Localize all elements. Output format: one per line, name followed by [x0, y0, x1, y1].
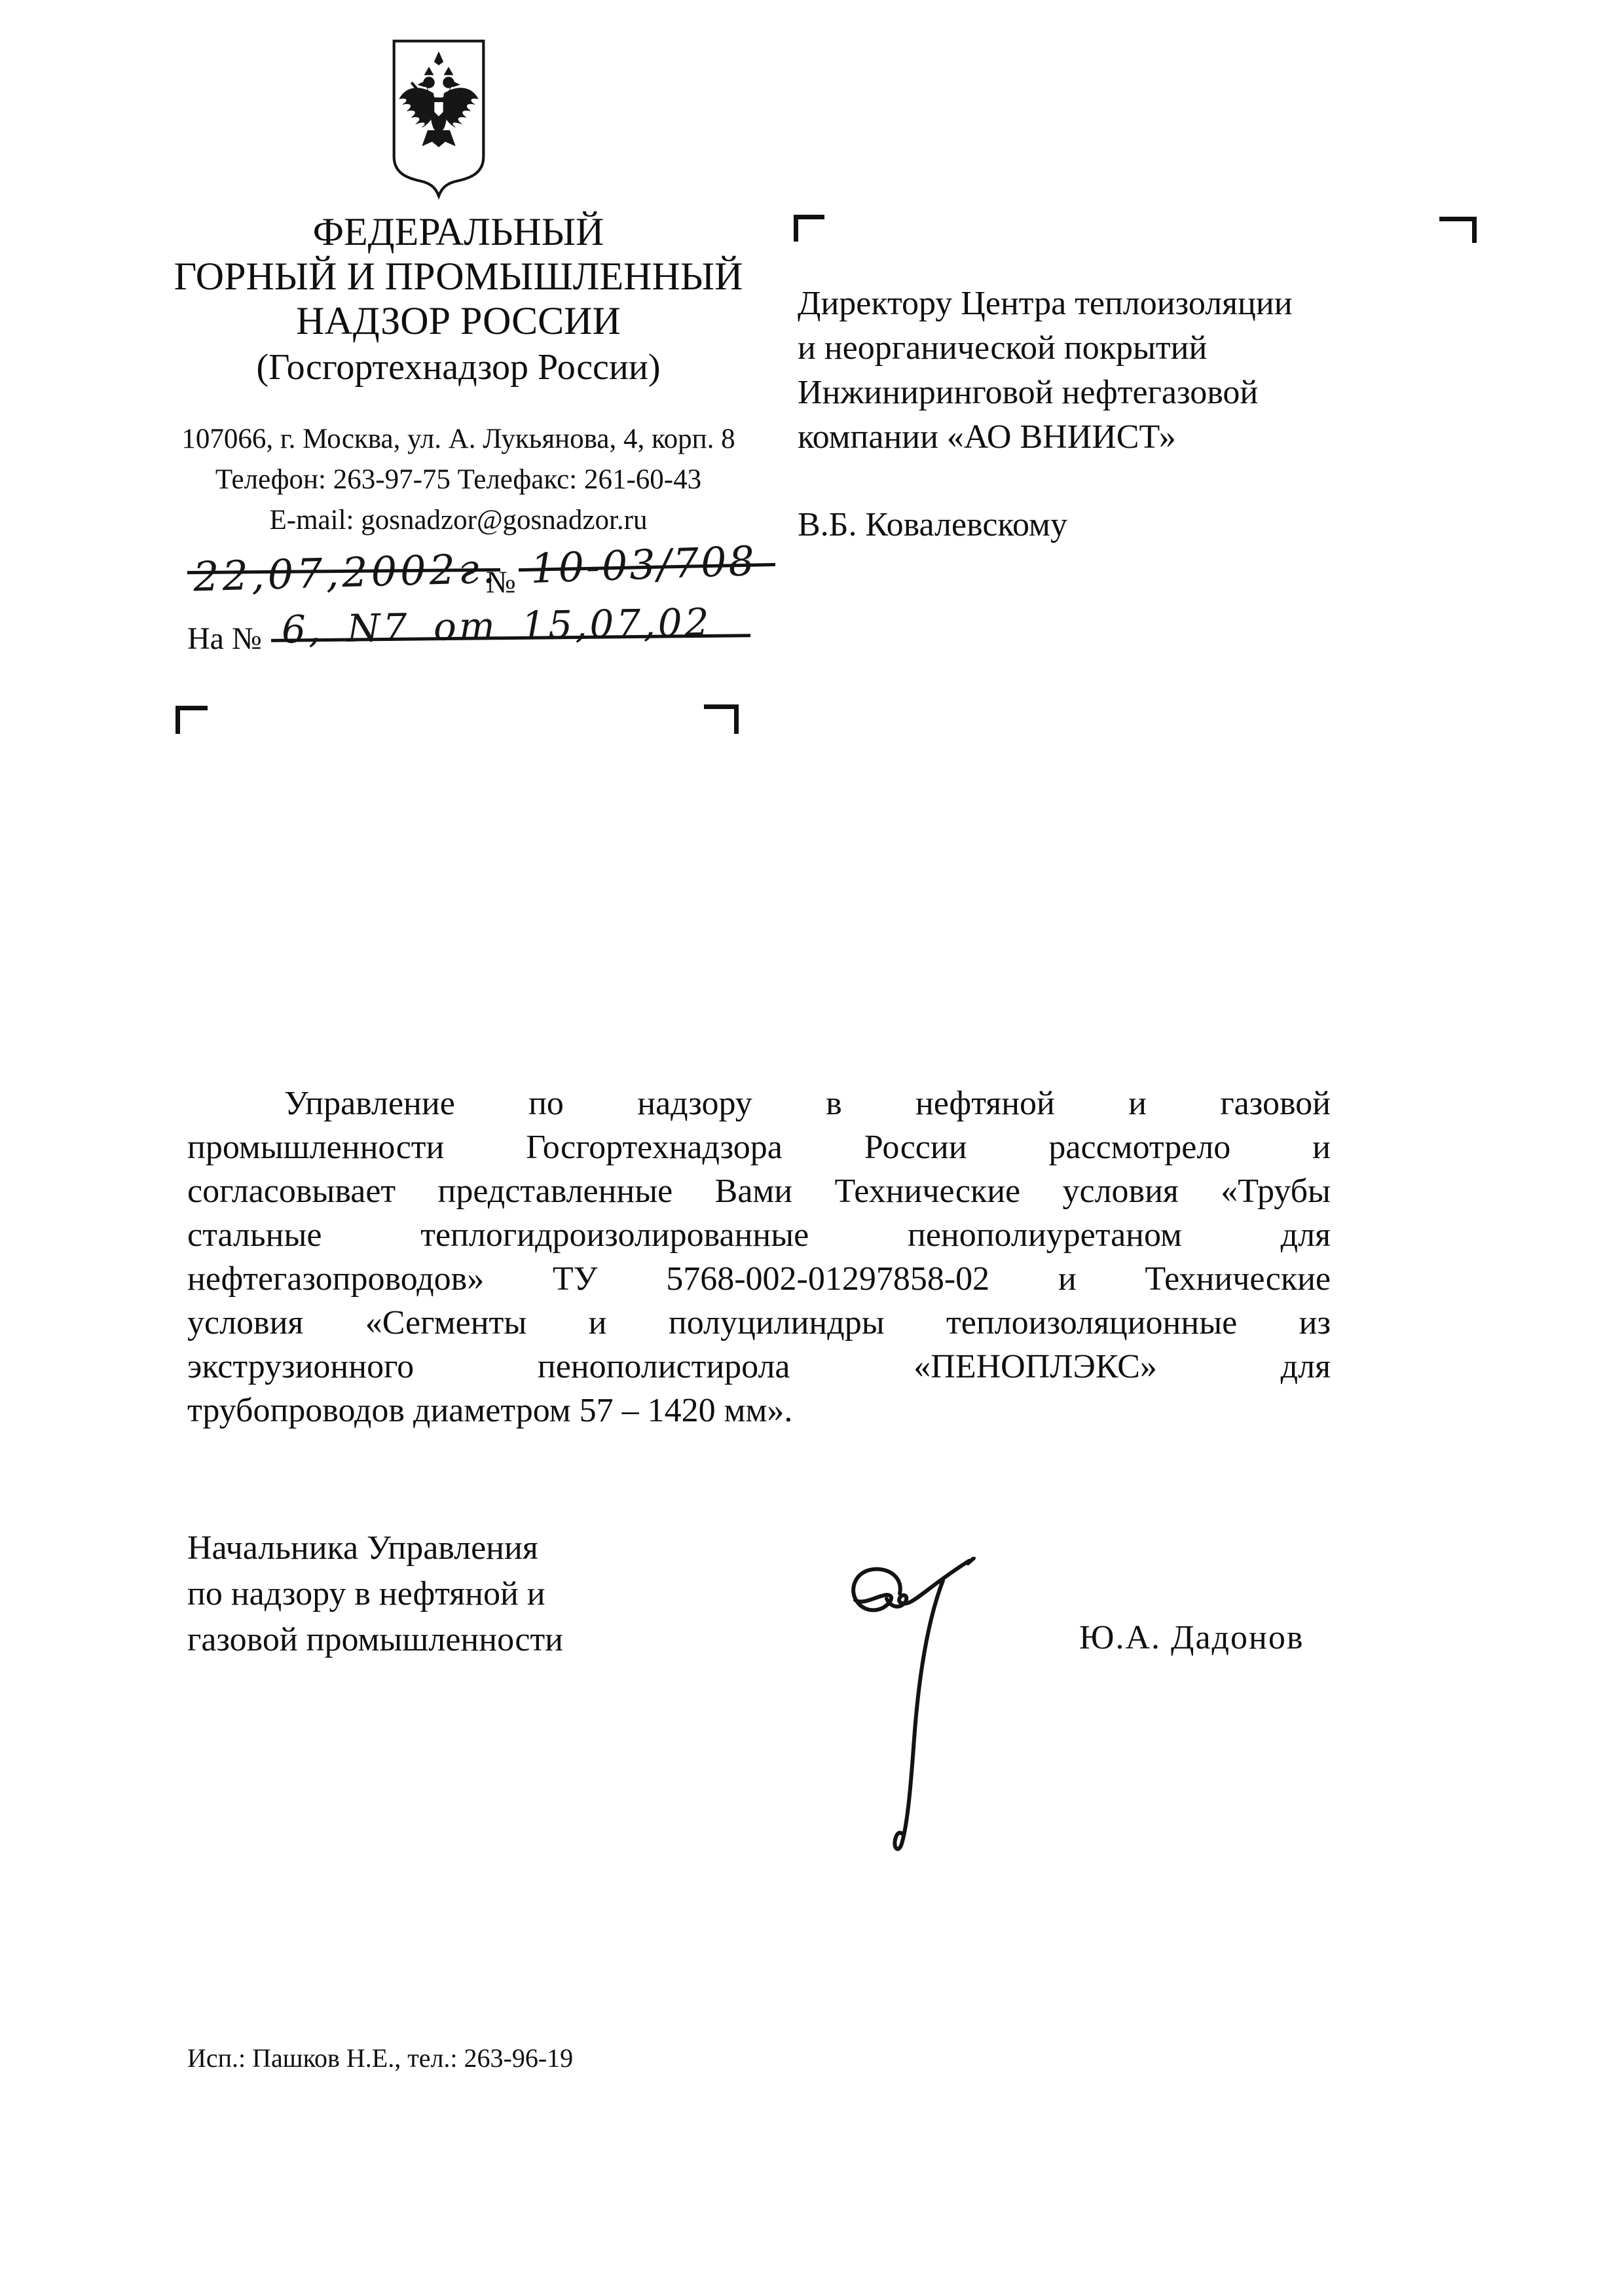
- letterhead-title-block: ФЕДЕРАЛЬНЫЙГОРНЫЙ И ПРОМЫШЛЕННЫЙНАДЗОР Р…: [164, 210, 753, 390]
- body-line: экструзионного пенополистирола «ПЕНОПЛЭК…: [187, 1345, 1331, 1389]
- body-line: промышленности Госгортехнадзора России р…: [187, 1125, 1331, 1169]
- requisites-zone-corner-mark-left: [175, 706, 208, 734]
- body-line: стальные теплогидроизолированные пенопол…: [187, 1213, 1331, 1257]
- recipient-line: компании «АО ВНИИСТ»: [798, 415, 1407, 460]
- letterhead-subtitle: (Госгортехнадзор России): [164, 344, 753, 390]
- recipient-zone-corner-mark-left: [794, 215, 824, 242]
- letterhead-title-line: НАДЗОР РОССИИ: [164, 299, 753, 343]
- coat-of-arms-icon: [390, 34, 488, 203]
- letterhead-title-line: ФЕДЕРАЛЬНЫЙ: [164, 210, 753, 254]
- letterhead-email: E-mail: gosnadzor@gosnadzor.ru: [164, 500, 753, 541]
- body-line: нефтегазопроводов» ТУ 5768-002-01297858-…: [187, 1257, 1331, 1301]
- body-paragraph: Управление по надзору в нефтяной и газов…: [187, 1082, 1331, 1432]
- recipient-person: В.Б. Ковалевскому: [798, 505, 1067, 544]
- letterhead-address: 107066, г. Москва, ул. А. Лукьянова, 4, …: [164, 419, 753, 460]
- reply-to-number-label: На №: [187, 621, 262, 657]
- letterhead-phone: Телефон: 263-97-75 Телефакс: 261-60-43: [164, 460, 753, 500]
- recipient-block: Директору Центра теплоизоляциии неоргани…: [798, 282, 1407, 460]
- letterhead-contact-block: 107066, г. Москва, ул. А. Лукьянова, 4, …: [164, 419, 753, 541]
- requisites-zone-corner-mark-right: [704, 704, 739, 734]
- recipient-line: и неорганической покрытий: [798, 326, 1407, 371]
- signer-title-line: по надзору в нефтяной и: [187, 1571, 724, 1617]
- signer-title-line: Начальника Управления: [187, 1525, 724, 1571]
- body-line: условия «Сегменты и полуцилиндры теплоиз…: [187, 1301, 1331, 1345]
- scanned-letter-page: ФЕДЕРАЛЬНЫЙГОРНЫЙ И ПРОМЫШЛЕННЫЙНАДЗОР Р…: [0, 0, 1624, 2296]
- handwritten-reply-reference: 6, N7 от 15,07,02: [281, 600, 712, 651]
- recipient-line: Директору Центра теплоизоляции: [798, 282, 1407, 326]
- body-line: трубопроводов диаметром 57 – 1420 мм».: [187, 1389, 1331, 1432]
- body-line: Управление по надзору в нефтяной и газов…: [187, 1082, 1331, 1125]
- signer-name: Ю.А. Дадонов: [1079, 1618, 1304, 1657]
- executor-footer: Исп.: Пашков Н.Е., тел.: 263-96-19: [187, 2043, 573, 2073]
- body-line: согласовывает представленные Вами Технич…: [187, 1169, 1331, 1213]
- recipient-line: Инжиниринговой нефтегазовой: [798, 371, 1407, 415]
- recipient-zone-corner-mark-right: [1439, 217, 1477, 243]
- letterhead-title-line: ГОРНЫЙ И ПРОМЫШЛЕННЫЙ: [164, 254, 753, 299]
- signer-title-line: газовой промышленности: [187, 1617, 724, 1663]
- handwritten-signature: [840, 1557, 1029, 1865]
- signer-title-block: Начальника Управленияпо надзору в нефтян…: [187, 1525, 724, 1663]
